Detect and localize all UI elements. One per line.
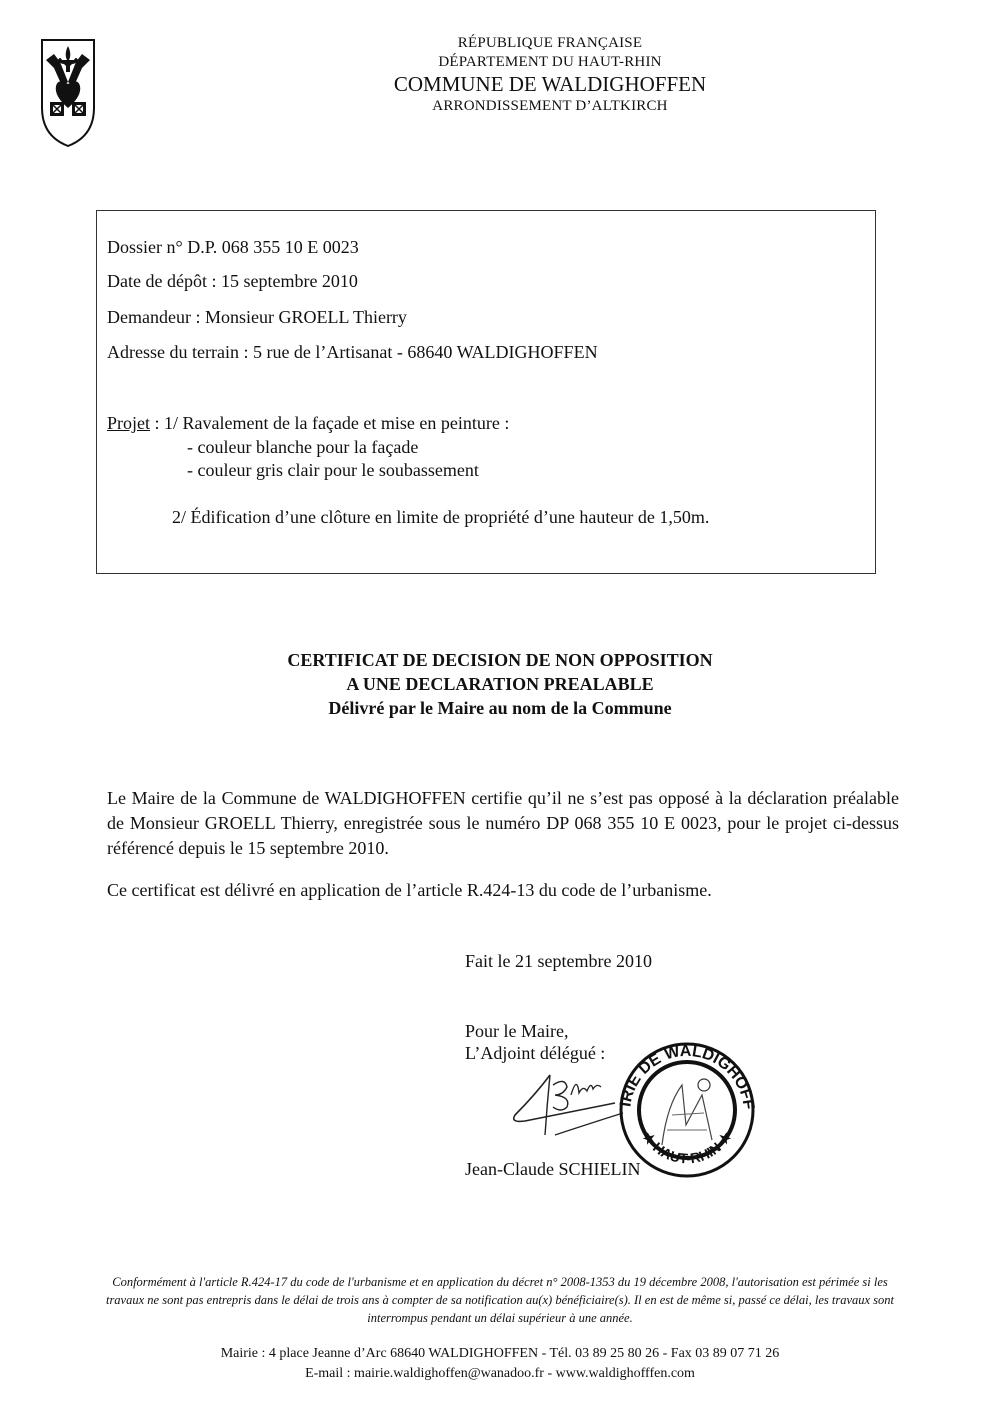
footer-contact: Mairie : 4 place Jeanne d’Arc 68640 WALD… xyxy=(100,1344,900,1384)
legal-validity-note: Conformément à l'article R.424-17 du cod… xyxy=(100,1273,900,1327)
title-line-1: CERTIFICAT DE DECISION DE NON OPPOSITION xyxy=(150,648,850,672)
legal-basis-paragraph: Ce certificat est délivré en application… xyxy=(107,878,897,903)
footer-email-website: E-mail : mairie.waldighoffen@wanadoo.fr … xyxy=(100,1364,900,1384)
project-sub-1: - couleur blanche pour la façade xyxy=(187,437,418,458)
signature-date: Fait le 21 septembre 2010 xyxy=(465,950,652,972)
certification-paragraph: Le Maire de la Commune de WALDIGHOFFEN c… xyxy=(107,786,899,861)
title-line-3: Délivré par le Maire au nom de la Commun… xyxy=(150,696,850,720)
footer-address: Mairie : 4 place Jeanne d’Arc 68640 WALD… xyxy=(100,1344,900,1364)
dossier-info-box: Dossier n° D.P. 068 355 10 E 0023 Date d… xyxy=(96,210,876,574)
header-department: DÉPARTEMENT DU HAUT-RHIN xyxy=(300,55,800,70)
project-line-1: Projet : 1/ Ravalement de la façade et m… xyxy=(107,413,509,434)
deposit-date: Date de dépôt : 15 septembre 2010 xyxy=(107,271,358,292)
signature-pour: Pour le Maire, xyxy=(465,1020,568,1042)
applicant: Demandeur : Monsieur GROELL Thierry xyxy=(107,307,407,328)
header-republic: RÉPUBLIQUE FRANÇAISE xyxy=(300,36,800,51)
project-label: Projet xyxy=(107,413,150,433)
project-item-2: 2/ Édification d’une clôture en limite d… xyxy=(172,507,709,528)
certificate-title: CERTIFICAT DE DECISION DE NON OPPOSITION… xyxy=(150,648,850,720)
project-item-1: : 1/ Ravalement de la façade et mise en … xyxy=(150,413,509,433)
signatory-name: Jean-Claude SCHIELIN xyxy=(465,1158,640,1180)
title-line-2: A UNE DECLARATION PREALABLE xyxy=(150,672,850,696)
svg-text:★ HAUT-RHIN ★: ★ HAUT-RHIN ★ xyxy=(639,1128,734,1166)
dossier-number: Dossier n° D.P. 068 355 10 E 0023 xyxy=(107,237,359,258)
header-arrondissement: ARRONDISSEMENT D’ALTKIRCH xyxy=(300,99,800,114)
project-sub-2: - couleur gris clair pour le soubassemen… xyxy=(187,460,479,481)
site-address: Adresse du terrain : 5 rue de l’Artisana… xyxy=(107,342,598,363)
header-commune: COMMUNE DE WALDIGHOFFEN xyxy=(300,74,800,95)
coat-of-arms-icon xyxy=(40,38,96,148)
letterhead: RÉPUBLIQUE FRANÇAISE DÉPARTEMENT DU HAUT… xyxy=(300,36,800,118)
